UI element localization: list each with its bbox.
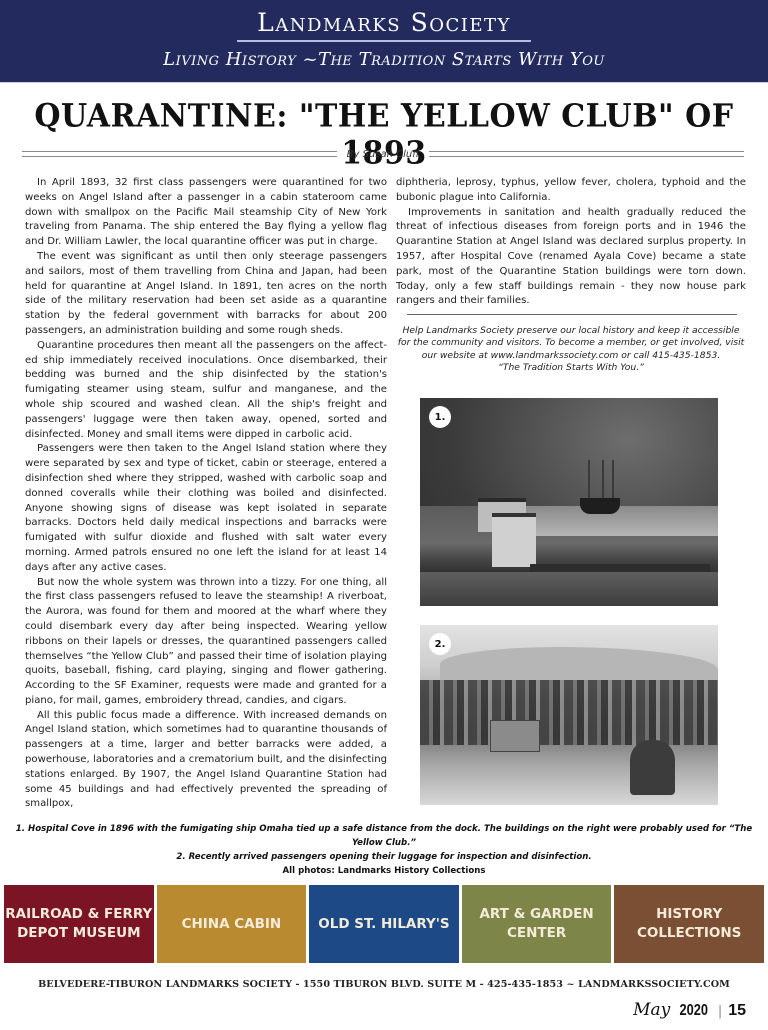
byline-row: By Susan Cluff <box>22 146 744 162</box>
folio-separator: | <box>718 1004 722 1019</box>
photo-ship-mast <box>612 460 614 500</box>
paragraph: Improvements in sanitation and health gr… <box>396 206 746 310</box>
page-folio: May 2020 | 15 <box>633 1000 746 1020</box>
tile-label: DEPOT MUSEUM <box>17 925 140 941</box>
paragraph: The event was significant as until then … <box>25 250 387 339</box>
caption-1: 1. Hospital Cove in 1896 with the fumiga… <box>0 822 768 850</box>
tile-label: ART & GARDEN <box>479 906 593 922</box>
paragraph: Quarantine procedures then meant all the… <box>25 339 387 443</box>
tile-label: CENTER <box>507 925 566 941</box>
photo-captions: 1. Hospital Cove in 1896 with the fumiga… <box>0 822 768 878</box>
paragraph: But now the whole system was thrown into… <box>25 576 387 709</box>
photo-credit: All photos: Landmarks History Collection… <box>0 864 768 878</box>
masthead-rule <box>237 40 531 42</box>
page-number: 15 <box>728 1002 746 1020</box>
footer-address: BELVEDERE-TIBURON LANDMARKS SOCIETY - 15… <box>0 979 768 990</box>
photo-number-badge: 1. <box>429 406 451 428</box>
issue-month: May <box>633 1000 670 1020</box>
promo-quote: “The Tradition Starts With You.” <box>396 362 746 374</box>
membership-promo: Help Landmarks Society preserve our loca… <box>396 325 746 374</box>
masthead-title: Landmarks Society <box>0 8 768 37</box>
photo-trunk <box>490 720 540 752</box>
tile-history-collections[interactable]: HISTORYCOLLECTIONS <box>614 885 764 963</box>
byline-rule-right <box>429 151 744 157</box>
photo-crowd <box>420 680 718 745</box>
photo-crouching-figure <box>630 740 675 795</box>
paragraph: In April 1893, 32 first class passengers… <box>25 176 387 250</box>
masthead: Landmarks Society Living History ~The Tr… <box>0 0 768 83</box>
caption-2: 2. Recently arrived passengers opening t… <box>0 850 768 864</box>
photo-ship-mast <box>588 460 590 500</box>
photo-passengers-luggage: 2. <box>420 625 718 805</box>
article-right-column: diphtheria, leprosy, typhus, yellow feve… <box>396 176 746 309</box>
tile-label: HISTORY <box>656 906 722 922</box>
photo-number-badge: 2. <box>429 633 451 655</box>
paragraph: All this public focus made a difference.… <box>25 709 387 813</box>
masthead-tagline: Living History ~The Tradition Starts Wit… <box>0 49 768 70</box>
tile-china-cabin[interactable]: CHINA CABIN <box>157 885 307 963</box>
tile-label: CHINA CABIN <box>182 916 282 932</box>
tile-art-garden-center[interactable]: ART & GARDENCENTER <box>462 885 612 963</box>
program-tiles: RAILROAD & FERRYDEPOT MUSEUM CHINA CABIN… <box>4 885 764 963</box>
photo-building <box>492 513 536 567</box>
photo-hospital-cove: 1. <box>420 398 718 606</box>
tile-railroad-ferry-depot-museum[interactable]: RAILROAD & FERRYDEPOT MUSEUM <box>4 885 154 963</box>
promo-text: Help Landmarks Society preserve our loca… <box>396 325 746 362</box>
photo-ship-mast <box>602 460 604 500</box>
photo-foreground-water <box>420 572 718 606</box>
tile-label: RAILROAD & FERRY <box>5 906 152 922</box>
promo-divider <box>407 314 737 315</box>
tile-label: OLD ST. HILARY'S <box>318 916 449 932</box>
paragraph: diphtheria, leprosy, typhus, yellow feve… <box>396 176 746 206</box>
byline: By Susan Cluff <box>337 149 430 160</box>
article-left-column: In April 1893, 32 first class passengers… <box>25 176 387 812</box>
byline-rule-left <box>22 151 337 157</box>
tile-old-st-hilarys[interactable]: OLD ST. HILARY'S <box>309 885 459 963</box>
tile-label: COLLECTIONS <box>637 925 741 941</box>
issue-year: 2020 <box>680 1002 708 1020</box>
paragraph: Passengers were then taken to the Angel … <box>25 442 387 575</box>
photo-ship <box>580 498 620 514</box>
